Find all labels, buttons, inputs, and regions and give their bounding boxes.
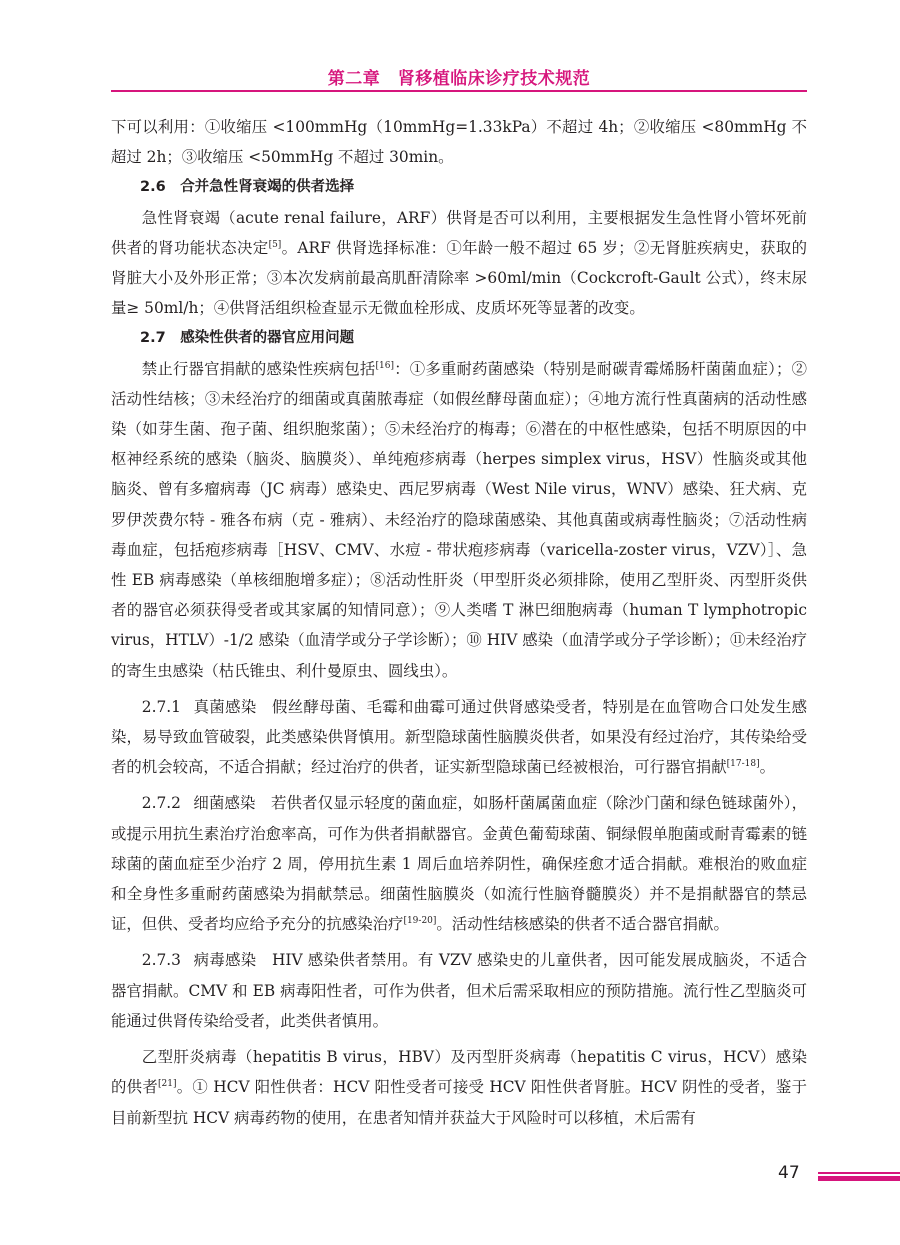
- text: 。① HCV 阳性供者：HCV 阳性受者可接受 HCV 阳性供者肾脏。HCV 阴…: [111, 1078, 807, 1126]
- subsection-number: 2.7.2: [142, 794, 181, 812]
- text: 。活动性结核感染的供者不适合器官捐献。: [436, 915, 728, 933]
- section-heading-2-7: 2.7感染性供者的器官应用问题: [111, 323, 807, 353]
- paragraph-bacterial: 2.7.2细菌感染若供者仅显示轻度的菌血症，如肠杆菌属菌血症（除沙门菌和绿色链球…: [111, 788, 807, 939]
- text: 。: [760, 758, 775, 776]
- section-number: 2.7: [140, 330, 166, 346]
- paragraph-arf: 急性肾衰竭（acute renal failure，ARF）供肾是否可以利用，主…: [111, 203, 807, 324]
- citation: [16]: [376, 361, 394, 371]
- running-header: 第二章 肾移植临床诊疗技术规范: [111, 60, 807, 94]
- page-number: 47: [778, 1163, 800, 1183]
- paragraph-fungal: 2.7.1真菌感染假丝酵母菌、毛霉和曲霉可通过供肾感染受者，特别是在血管吻合口处…: [111, 692, 807, 783]
- footer-rule-thick: [818, 1176, 900, 1181]
- text: 禁止行器官捐献的感染性疾病包括: [142, 360, 376, 378]
- chapter-title: 第二章 肾移植临床诊疗技术规范: [111, 64, 807, 89]
- citation: [19-20]: [403, 916, 436, 926]
- paragraph-infection-list: 禁止行器官捐献的感染性疾病包括[16]：①多重耐药菌感染（特别是耐碳青霉烯肠杆菌…: [111, 354, 807, 686]
- subsection-number: 2.7.1: [142, 698, 181, 716]
- subsection-title: 真菌感染: [193, 698, 256, 716]
- paragraph-hepatitis: 乙型肝炎病毒（hepatitis B virus，HBV）及丙型肝炎病毒（hep…: [111, 1042, 807, 1133]
- text: ：①多重耐药菌感染（特别是耐碳青霉烯肠杆菌菌血症）；②活动性结核；③未经治疗的细…: [111, 360, 807, 680]
- section-title: 合并急性肾衰竭的供者选择: [180, 179, 354, 195]
- page-body: 下可以利用：①收缩压 <100mmHg（10mmHg=1.33kPa）不超过 4…: [111, 112, 807, 1133]
- paragraph-viral: 2.7.3病毒感染HIV 感染供者禁用。有 VZV 感染史的儿童供者，因可能发展…: [111, 945, 807, 1036]
- citation: [21]: [158, 1079, 176, 1089]
- citation: [5]: [269, 240, 282, 250]
- subsection-title: 病毒感染: [193, 951, 256, 969]
- citation: [17-18]: [727, 759, 760, 769]
- page-footer: 47: [0, 1163, 900, 1193]
- footer-rule-thin: [818, 1172, 900, 1174]
- header-divider: [111, 90, 807, 92]
- paragraph-continued: 下可以利用：①收缩压 <100mmHg（10mmHg=1.33kPa）不超过 4…: [111, 112, 807, 172]
- section-heading-2-6: 2.6合并急性肾衰竭的供者选择: [111, 172, 807, 202]
- section-title: 感染性供者的器官应用问题: [180, 330, 354, 346]
- subsection-title: 细菌感染: [193, 794, 255, 812]
- text: 若供者仅显示轻度的菌血症，如肠杆菌属菌血症（除沙门菌和绿色链球菌外），或提示用抗…: [111, 794, 807, 933]
- section-number: 2.6: [140, 179, 166, 195]
- subsection-number: 2.7.3: [142, 951, 181, 969]
